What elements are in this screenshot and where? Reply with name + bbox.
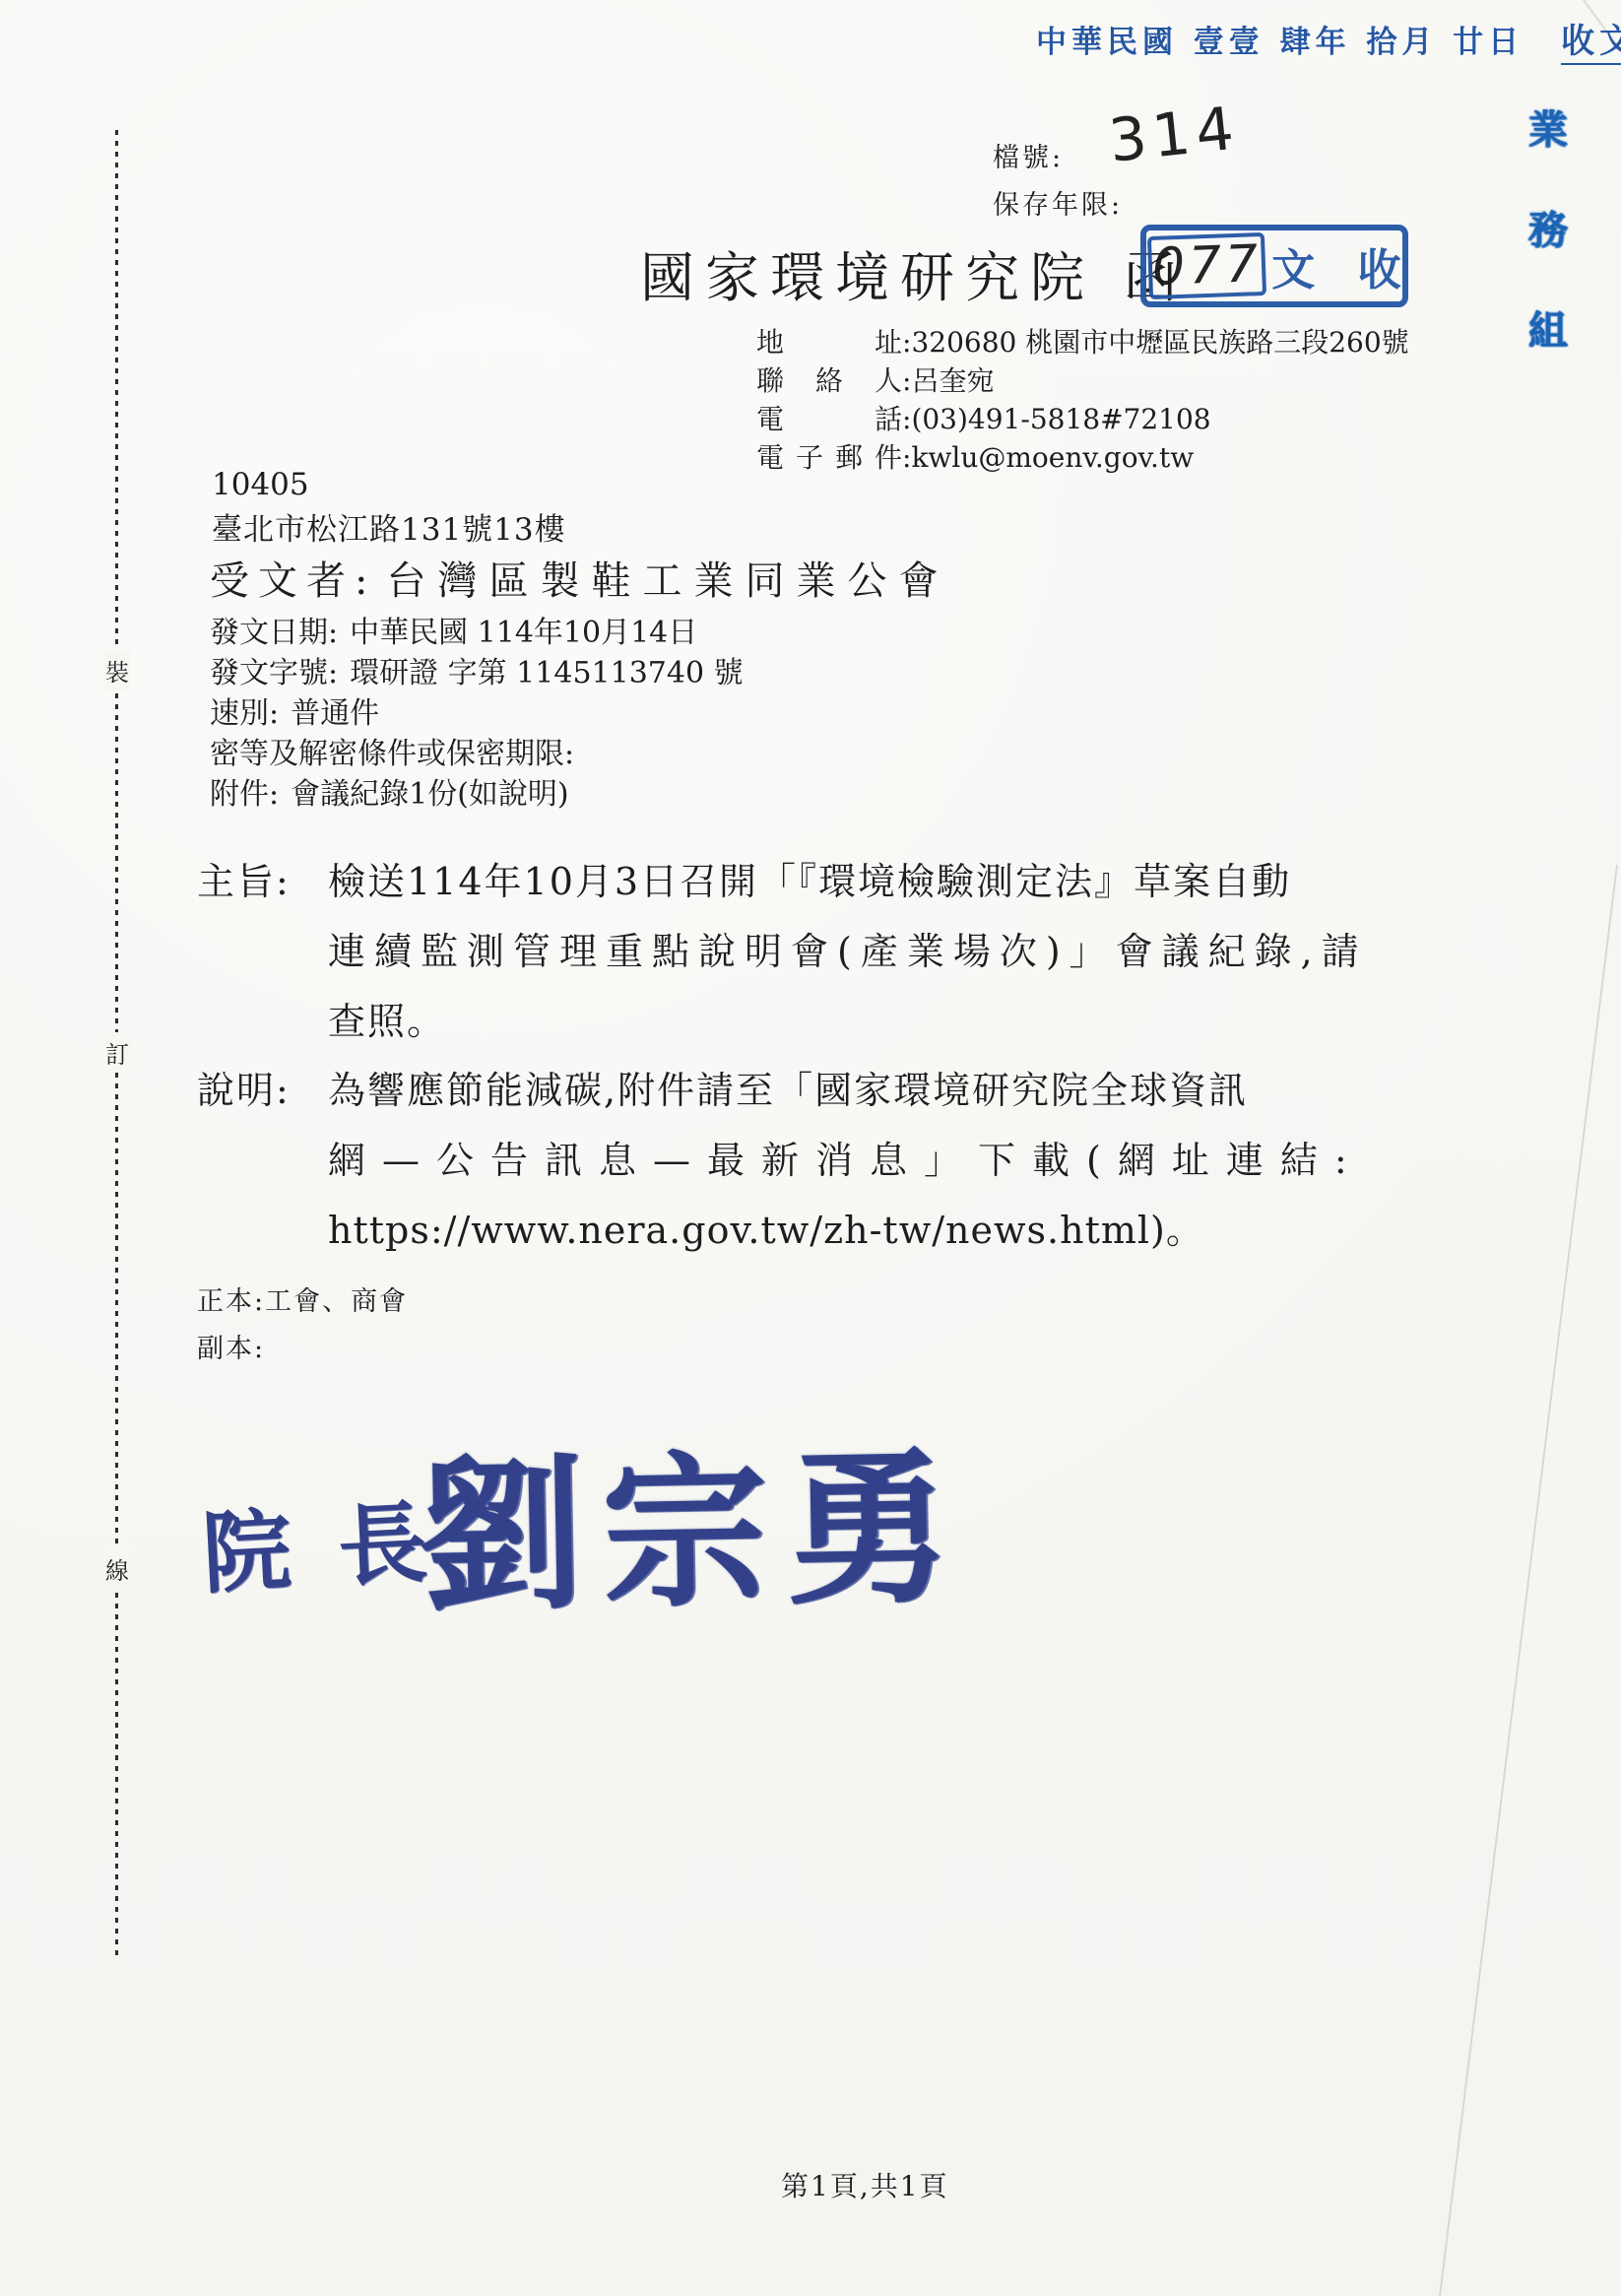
recipient-name: 台灣區製鞋工業同業公會: [386, 558, 949, 604]
original-copy-row: 正本:工會、商會: [197, 1279, 408, 1326]
sender-contact-value: 呂奎宛: [911, 364, 994, 397]
doc-number-label: 發文字號:: [210, 656, 338, 690]
priority-label: 速別:: [210, 696, 279, 731]
priority-row: 速別:普通件: [210, 693, 744, 734]
file-number-block: 檔號: 314 保存年限:: [993, 136, 1123, 222]
sender-email-value: kwlu@moenv.gov.tw: [911, 441, 1194, 474]
classification-label: 密等及解密條件或保密期限:: [210, 737, 574, 771]
document-page: 中華民國 壹壹 肆年 拾月 廿日收文 業 務 組 檔號: 314 保存年限: 國…: [0, 0, 1621, 2296]
dept-stamp-char: 務: [1526, 199, 1570, 255]
issue-date-row: 發文日期:中華民國 114年10月14日: [210, 613, 744, 653]
doc-number-value: 環研證 字第 1145113740 號: [350, 656, 743, 690]
sender-contact-label: 聯絡人: [756, 361, 902, 400]
doc-received-stamp-box: 077 文 收: [1140, 225, 1408, 307]
retention-label: 保存年限:: [993, 183, 1123, 222]
sender-address-value: 320680 桃園市中壢區民族路三段260號: [911, 326, 1408, 359]
description-url-line: https://www.nera.gov.tw/zh-tw/news.html)…: [328, 1196, 1364, 1266]
classification-row: 密等及解密條件或保密期限:: [210, 734, 744, 774]
sender-contact-block: 地址:320680 桃園市中壢區民族路三段260號 聯絡人:呂奎宛 電話:(03…: [756, 323, 1409, 477]
subject-line: 查照。: [328, 987, 1368, 1057]
sender-email-label: 電子郵件: [756, 438, 902, 477]
attachment-label: 附件:: [210, 777, 279, 812]
subject-label: 主旨:: [197, 847, 291, 917]
binding-mark-zhuang: 裝: [104, 650, 130, 690]
issue-date-value: 中華民國 114年10月14日: [350, 616, 697, 650]
dept-stamp-char: 業: [1526, 98, 1570, 155]
file-number-label: 檔號:: [993, 136, 1123, 174]
department-stamp: 業 務 組: [1526, 98, 1570, 400]
recipient-zip: 10405: [212, 467, 309, 502]
priority-value: 普通件: [291, 696, 379, 731]
sender-phone-row: 電話:(03)491-5818#72108: [756, 400, 1409, 438]
description-line: 為響應節能減碳,附件請至「國家環境研究院全球資訊: [328, 1056, 1364, 1126]
doc-received-number: 077: [1147, 232, 1266, 299]
dept-stamp-char: 組: [1526, 299, 1570, 356]
received-date-text: 中華民國 壹壹 肆年 拾月 廿日: [1036, 25, 1524, 60]
description-line: 網—公告訊息—最新消息」下載(網址連結:: [328, 1126, 1364, 1196]
doc-number-row: 發文字號:環研證 字第 1145113740 號: [210, 653, 744, 693]
subject-line: 連續監測管理重點說明會(產業場次)」會議紀錄,請: [328, 917, 1368, 987]
subject-line: 檢送114年10月3日召開「『環境檢驗測定法』草案自動: [328, 847, 1368, 917]
original-copy-label: 正本:: [197, 1286, 265, 1317]
issue-date-label: 發文日期:: [210, 616, 338, 650]
recipient-label: 受文者:: [210, 558, 376, 604]
description-paragraph: 說明: 為響應節能減碳,附件請至「國家環境研究院全球資訊 網—公告訊息—最新消息…: [197, 1056, 1364, 1266]
attachment-row: 附件:會議紀錄1份(如說明): [210, 774, 744, 815]
page-number-footer: 第1頁,共1頁: [781, 2165, 949, 2204]
cc-copy-row: 副本:: [197, 1326, 408, 1373]
sender-phone-value: (03)491-5818#72108: [911, 403, 1210, 435]
sender-contact-row: 聯絡人:呂奎宛: [756, 361, 1409, 400]
sender-address-row: 地址:320680 桃園市中壢區民族路三段260號: [756, 323, 1409, 361]
copies-block: 正本:工會、商會 副本:: [197, 1279, 408, 1373]
document-title: 國家環境研究院 函: [640, 234, 1188, 312]
received-label: 收文: [1561, 22, 1621, 65]
document-meta-block: 發文日期:中華民國 114年10月14日 發文字號:環研證 字第 1145113…: [210, 613, 744, 815]
recipient-address: 臺北市松江路131號13樓: [212, 504, 566, 549]
subject-paragraph: 主旨: 檢送114年10月3日召開「『環境檢驗測定法』草案自動 連續監測管理重點…: [197, 847, 1368, 1057]
sender-address-label: 地址: [756, 323, 902, 361]
sender-email-row: 電子郵件:kwlu@moenv.gov.tw: [756, 438, 1409, 477]
sender-phone-label: 電話: [756, 400, 902, 438]
doc-received-stamp-label: 文 收: [1265, 234, 1414, 297]
recipient-line: 受文者:台灣區製鞋工業同業公會: [210, 550, 949, 606]
signer-name-calligraphy: 劉宗勇: [417, 1396, 970, 1643]
binding-mark-xian: 線: [104, 1548, 130, 1589]
attachment-value: 會議紀錄1份(如說明): [291, 777, 569, 812]
original-copy-value: 工會、商會: [265, 1286, 408, 1317]
description-label: 說明:: [197, 1056, 291, 1126]
cc-copy-label: 副本:: [197, 1334, 265, 1364]
received-date-stamp: 中華民國 壹壹 肆年 拾月 廿日收文: [1036, 14, 1588, 62]
file-number-handwritten: 314: [1106, 94, 1243, 175]
binding-mark-ding: 訂: [104, 1032, 130, 1073]
